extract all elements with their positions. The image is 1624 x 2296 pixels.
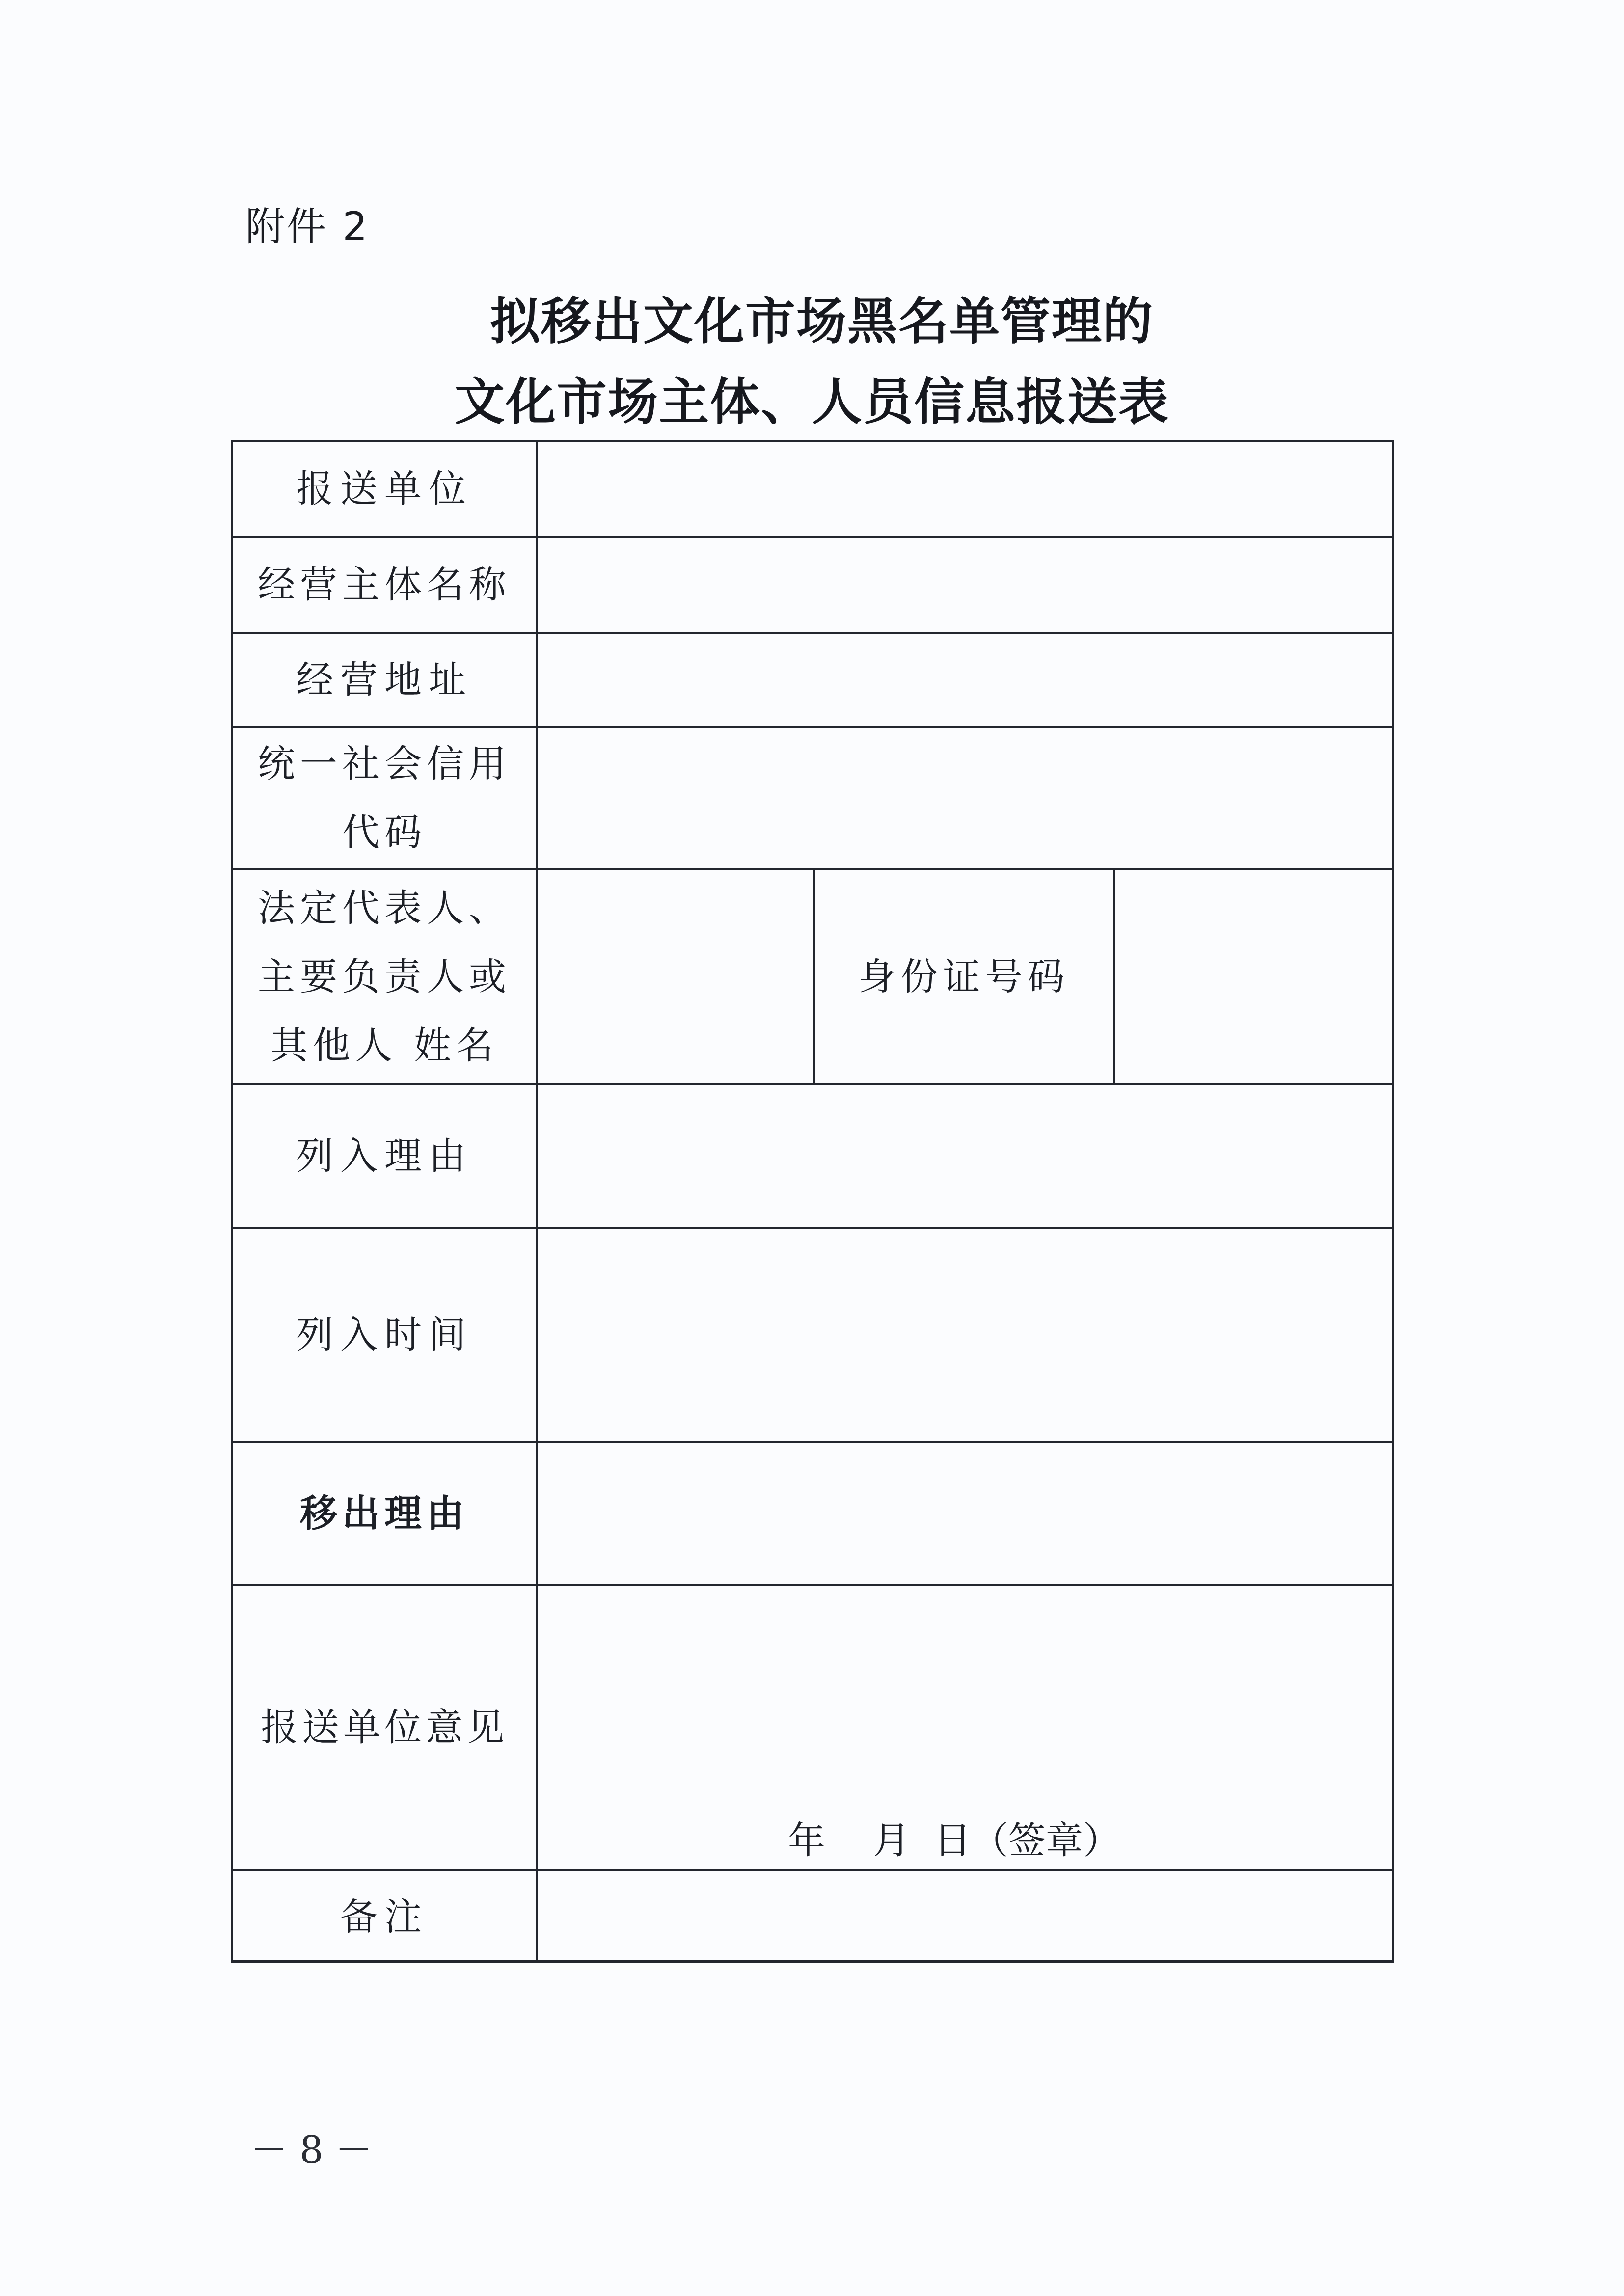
row-listing-reason-label: 列入理由 [233, 1085, 536, 1227]
field-label: 报送单位 [296, 455, 473, 523]
business-entity-name-field[interactable] [538, 538, 1392, 632]
row-reporting-unit-label: 报送单位 [233, 442, 536, 536]
row-remarks-label: 备注 [233, 1871, 536, 1963]
reporting-unit-opinion-field[interactable] [538, 1586, 1392, 1817]
page-number: － 8 － [250, 2126, 373, 2175]
listing-time-field[interactable] [538, 1229, 1392, 1441]
business-address-field[interactable] [538, 634, 1392, 726]
credit-code-field[interactable] [538, 728, 1392, 868]
row-reporting-unit-opinion-label: 报送单位意见 [233, 1586, 536, 1869]
document-title-line-1: 拟移出文化市场黑名单管理的 [0, 293, 1624, 351]
remarks-field[interactable] [538, 1871, 1392, 1963]
field-label: 备注 [340, 1883, 429, 1951]
id-number-label-cell: 身份证号码 [815, 870, 1113, 1083]
id-number-label: 身份证号码 [859, 943, 1070, 1011]
row-removal-reason-label: 移出理由 [233, 1443, 536, 1584]
report-form-table: 报送单位 经营主体名称 经营地址 统一社会信用 代码 法定代表人、 主要负责人或… [231, 440, 1394, 1963]
legal-representative-name-field[interactable] [538, 870, 813, 1083]
field-label: 统一社会信用 代码 [258, 729, 511, 867]
field-label: 法定代表人、 主要负责人或 其他人 姓名 [258, 874, 511, 1080]
id-number-field[interactable] [1115, 870, 1392, 1083]
listing-reason-field[interactable] [538, 1085, 1392, 1227]
document-title-line-2: 文化市场主体、人员信息报送表 [0, 373, 1624, 432]
field-label: 移出理由 [300, 1479, 469, 1548]
attachment-label: 附件 2 [245, 202, 369, 251]
field-label: 列入理由 [296, 1122, 473, 1190]
row-credit-code-label: 统一社会信用 代码 [233, 728, 536, 868]
field-label: 经营地址 [296, 646, 473, 714]
reporting-unit-field[interactable] [538, 442, 1392, 536]
row-business-entity-name-label: 经营主体名称 [233, 538, 536, 632]
field-label: 报送单位意见 [261, 1693, 508, 1762]
removal-reason-field[interactable] [538, 1443, 1392, 1584]
field-label: 经营主体名称 [258, 550, 511, 619]
row-business-address-label: 经营地址 [233, 634, 536, 726]
date-signature-line: 年 月 日（签章） [788, 1816, 1120, 1865]
field-label: 列入时间 [296, 1300, 473, 1369]
row-legal-representative-label: 法定代表人、 主要负责人或 其他人 姓名 [233, 870, 536, 1083]
row-listing-time-label: 列入时间 [233, 1229, 536, 1441]
